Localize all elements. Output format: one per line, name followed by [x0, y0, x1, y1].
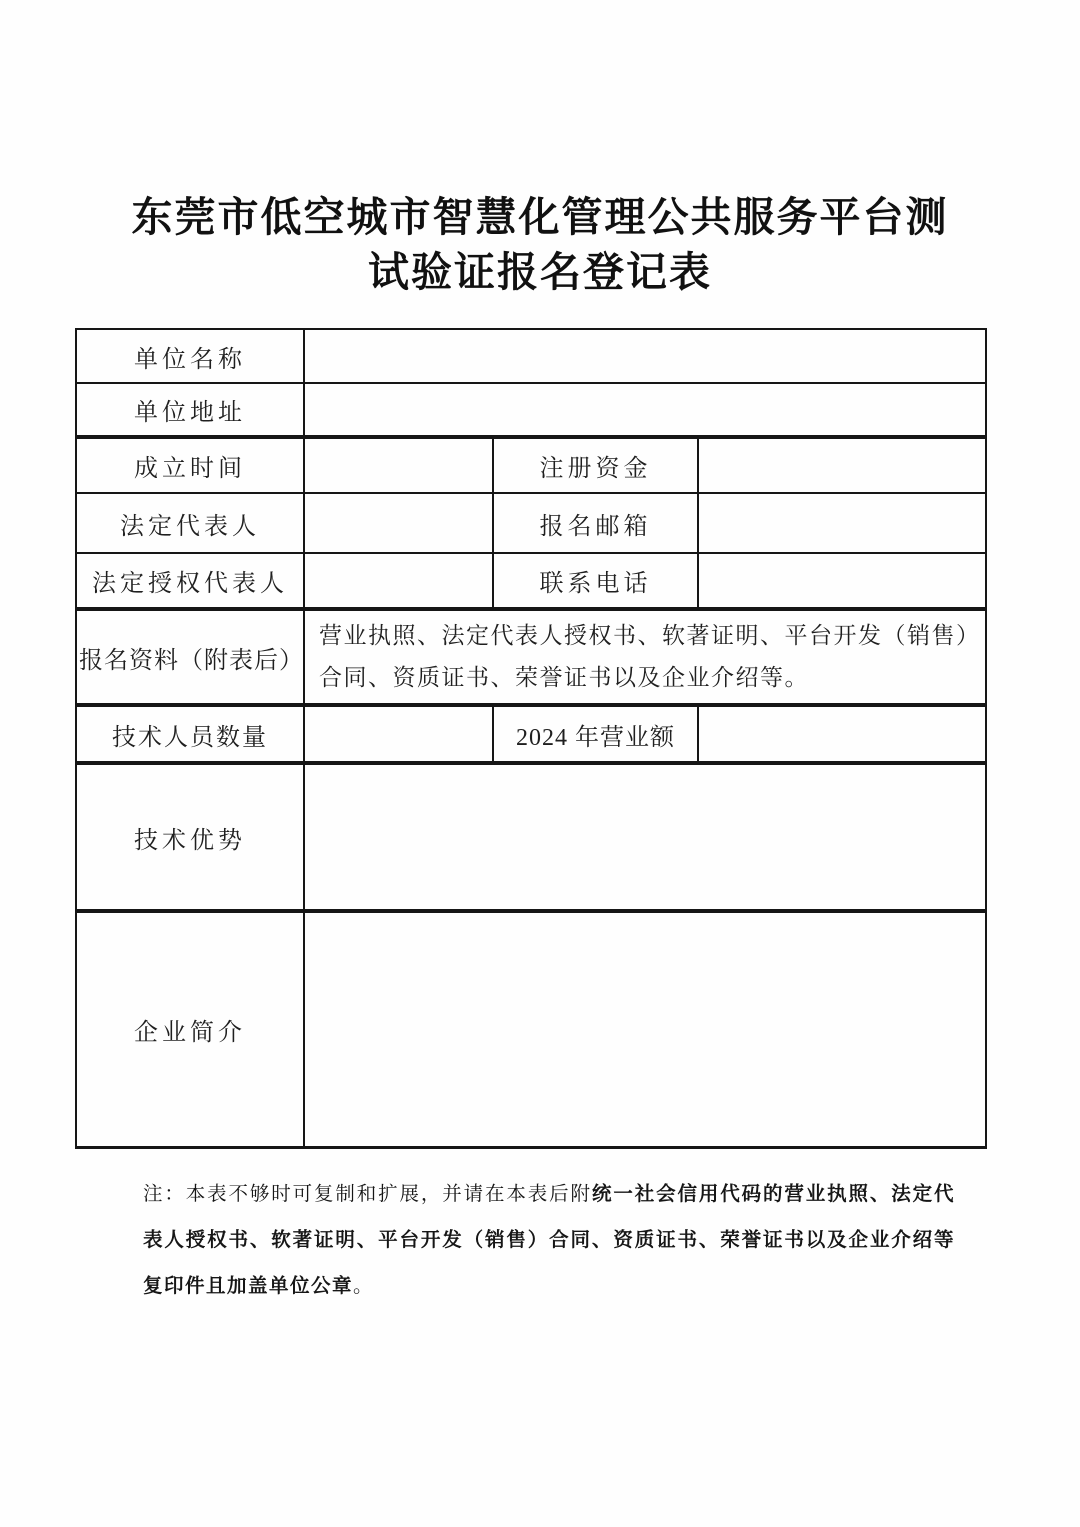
document-title: 东莞市低空城市智慧化管理公共服务平台测 试验证报名登记表	[0, 190, 1080, 300]
revenue-2024-label: 2024 年营业额	[493, 705, 698, 763]
footer-note-prefix: 注：本表不够时可复制和扩展，并请在本表后附	[143, 1184, 592, 1205]
tech-staff-count-label: 技术人员数量	[76, 705, 304, 763]
establish-date-input-cell[interactable]	[304, 437, 493, 493]
contact-phone-input-cell[interactable]	[698, 553, 986, 609]
document-page: 东莞市低空城市智慧化管理公共服务平台测 试验证报名登记表 单位名称 单位地址 成…	[0, 0, 1080, 1527]
registration-email-input-cell[interactable]	[698, 493, 986, 553]
registration-materials-label: 报名资料（附表后）	[76, 609, 304, 705]
footer-note-suffix: 。	[353, 1276, 374, 1297]
company-profile-label: 企业简介	[76, 911, 304, 1147]
legal-representative-input-cell[interactable]	[304, 493, 493, 553]
table-row: 企业简介	[76, 911, 986, 1147]
footer-note: 注：本表不够时可复制和扩展，并请在本表后附统一社会信用代码的营业执照、法定代表人…	[143, 1172, 955, 1310]
authorized-representative-input-cell[interactable]	[304, 553, 493, 609]
registration-email-label: 报名邮箱	[493, 493, 698, 553]
company-profile-input-cell[interactable]	[304, 911, 986, 1147]
registered-capital-input-cell[interactable]	[698, 437, 986, 493]
revenue-2024-input-cell[interactable]	[698, 705, 986, 763]
document-title-line1: 东莞市低空城市智慧化管理公共服务平台测	[0, 190, 1080, 245]
unit-name-input-cell[interactable]	[304, 329, 986, 383]
table-row: 法定授权代表人 联系电话	[76, 553, 986, 609]
registered-capital-label: 注册资金	[493, 437, 698, 493]
contact-phone-label: 联系电话	[493, 553, 698, 609]
table-row: 成立时间 注册资金	[76, 437, 986, 493]
unit-address-input-cell[interactable]	[304, 383, 986, 437]
table-row: 法定代表人 报名邮箱	[76, 493, 986, 553]
document-title-line2: 试验证报名登记表	[0, 245, 1080, 300]
unit-name-label: 单位名称	[76, 329, 304, 383]
table-row: 单位地址	[76, 383, 986, 437]
table-row: 技术人员数量 2024 年营业额	[76, 705, 986, 763]
registration-form-table: 单位名称 单位地址 成立时间 注册资金 法定代表人 报名邮箱 法定授权代表人	[75, 328, 987, 1149]
tech-advantages-input-cell[interactable]	[304, 763, 986, 911]
table-row: 报名资料（附表后） 营业执照、法定代表人授权书、软著证明、平台开发（销售）合同、…	[76, 609, 986, 705]
registration-materials-text: 营业执照、法定代表人授权书、软著证明、平台开发（销售）合同、资质证书、荣誉证书以…	[304, 609, 986, 705]
legal-representative-label: 法定代表人	[76, 493, 304, 553]
table-row: 单位名称	[76, 329, 986, 383]
tech-advantages-label: 技术优势	[76, 763, 304, 911]
authorized-representative-label: 法定授权代表人	[76, 553, 304, 609]
establish-date-label: 成立时间	[76, 437, 304, 493]
table-row: 技术优势	[76, 763, 986, 911]
unit-address-label: 单位地址	[76, 383, 304, 437]
tech-staff-count-input-cell[interactable]	[304, 705, 493, 763]
